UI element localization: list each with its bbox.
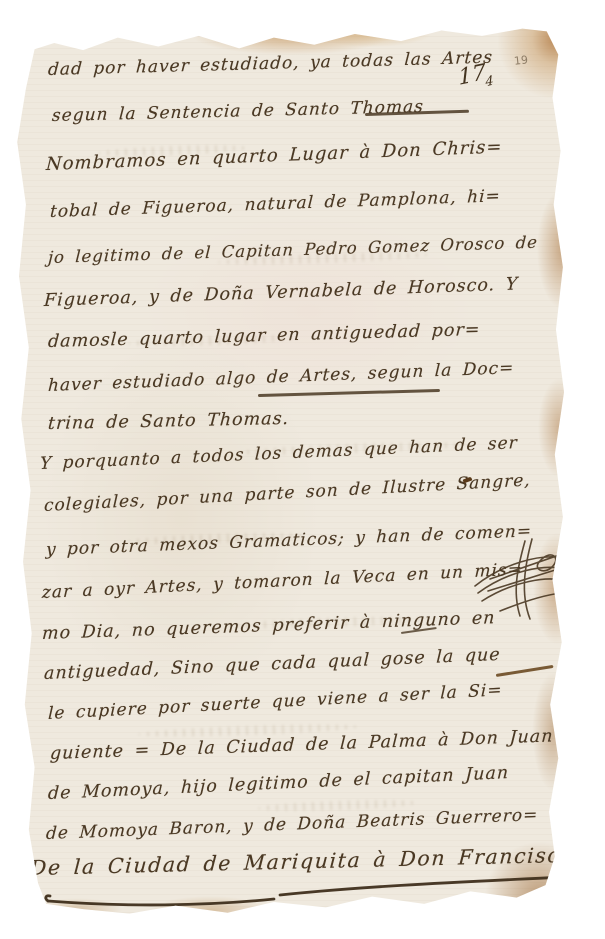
pen-rule [258, 389, 440, 397]
manuscript-page: dad por haver estudiado, ya todas las Ar… [8, 26, 586, 919]
manuscript-line: colegiales, por una parte son de Ilustre… [44, 470, 531, 516]
manuscript-line: tobal de Figueroa, natural de Pamplona, … [49, 186, 501, 222]
folio-number-main: 17 [458, 60, 487, 91]
bottom-flourish [36, 871, 571, 915]
manuscript-line: le cupiere por suerte que viene a ser la… [48, 680, 503, 724]
manuscript-line: mo Dia, no queremos preferir à ninguno e… [41, 608, 496, 644]
manuscript-line: Figueroa, y de Doña Vernabela de Horosco… [43, 274, 518, 311]
manuscript-line: y por otra mexos Gramaticos; y han de co… [46, 521, 533, 560]
manuscript-line: Y porquanto a todos los demas que han de… [40, 433, 519, 474]
manuscript-line: dad por haver estudiado, ya todas las Ar… [47, 48, 493, 80]
ink-scribble [470, 531, 575, 623]
manuscript-line: trina de Santo Thomas. [47, 409, 290, 434]
folio-number-sub: 4 [485, 73, 494, 90]
manuscript-line: damosle quarto lugar en antiguedad por= [47, 320, 481, 352]
manuscript-line: zar a oyr Artes, y tomaron la Veca en un… [42, 559, 524, 603]
manuscript-line: de Momoya, hijo legitimo de el capitan J… [48, 763, 510, 804]
manuscript-line: haver estudiado algo de Artes, segun la … [48, 358, 515, 396]
folio-number-pencil: 19 [513, 53, 528, 67]
manuscript-line: Nombramos en quarto Lugar à Don Chris= [45, 136, 502, 175]
margin-dash [496, 665, 554, 677]
manuscript-line: segun la Sentencia de Santo Thomas [51, 97, 424, 126]
manuscript-line: de Momoya Baron, y de Doña Beatris Guerr… [46, 805, 539, 844]
manuscript-line: antiguedad, Sino que cada qual gose la q… [44, 645, 502, 684]
